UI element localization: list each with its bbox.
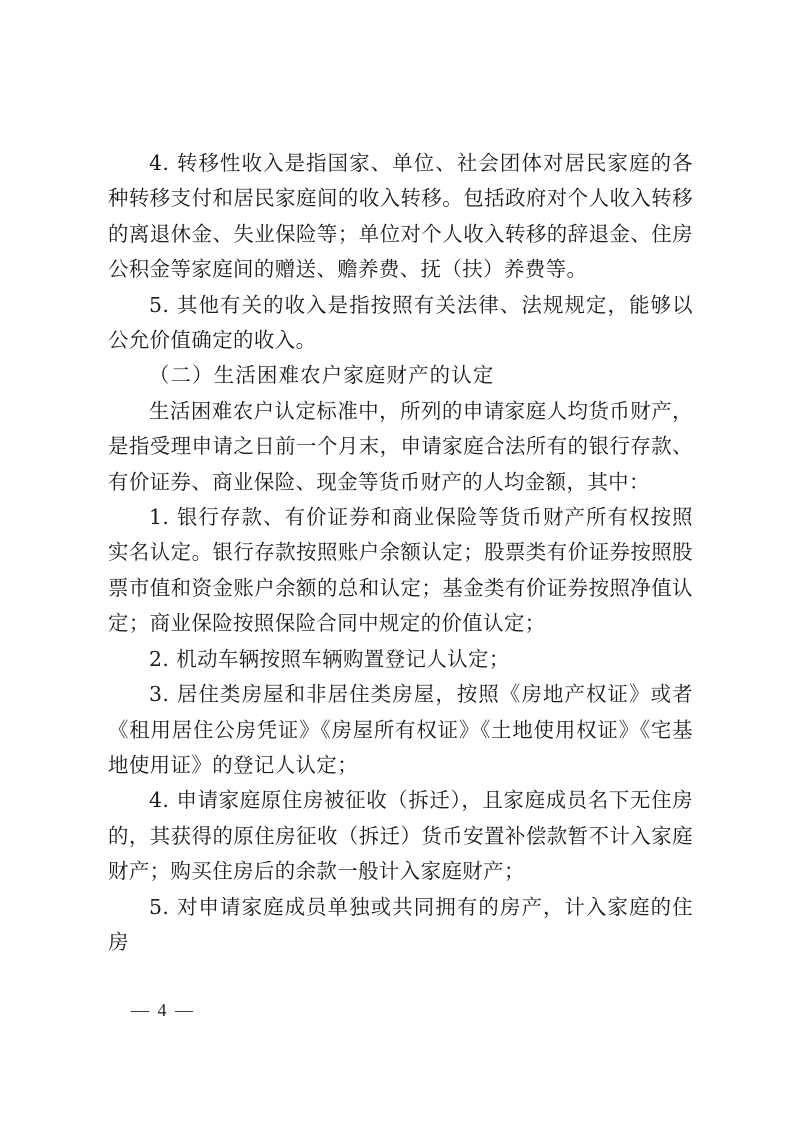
section-heading-household-property: （二）生活困难农户家庭财产的认定 bbox=[108, 358, 693, 393]
paragraph-bank-deposits: 1. 银行存款、有价证券和商业保险等货币财产所有权按照实名认定。银行存款按照账户… bbox=[108, 500, 693, 642]
document-page-body: 4. 转移性收入是指国家、单位、社会团体对居民家庭的各种转移支付和居民家庭间的收… bbox=[108, 146, 693, 960]
paragraph-motor-vehicles: 2. 机动车辆按照车辆购置登记人认定； bbox=[108, 642, 693, 677]
page-number: — 4 — bbox=[131, 1000, 195, 1021]
paragraph-monetary-property-definition: 生活困难农户认定标准中，所列的申请家庭人均货币财产，是指受理申请之日前一个月末，… bbox=[108, 394, 693, 500]
paragraph-expropriation-compensation: 4. 申请家庭原住房被征收（拆迁），且家庭成员名下无住房的，其获得的原住房征收（… bbox=[108, 783, 693, 889]
paragraph-jointly-owned-property: 5. 对申请家庭成员单独或共同拥有的房产，计入家庭的住房 bbox=[108, 890, 693, 961]
paragraph-transfer-income: 4. 转移性收入是指国家、单位、社会团体对居民家庭的各种转移支付和居民家庭间的收… bbox=[108, 146, 693, 288]
paragraph-other-income: 5. 其他有关的收入是指按照有关法律、法规规定，能够以公允价值确定的收入。 bbox=[108, 288, 693, 359]
paragraph-housing-certificates: 3. 居住类房屋和非居住类房屋，按照《房地产权证》或者《租用居住公房凭证》《房屋… bbox=[108, 677, 693, 783]
